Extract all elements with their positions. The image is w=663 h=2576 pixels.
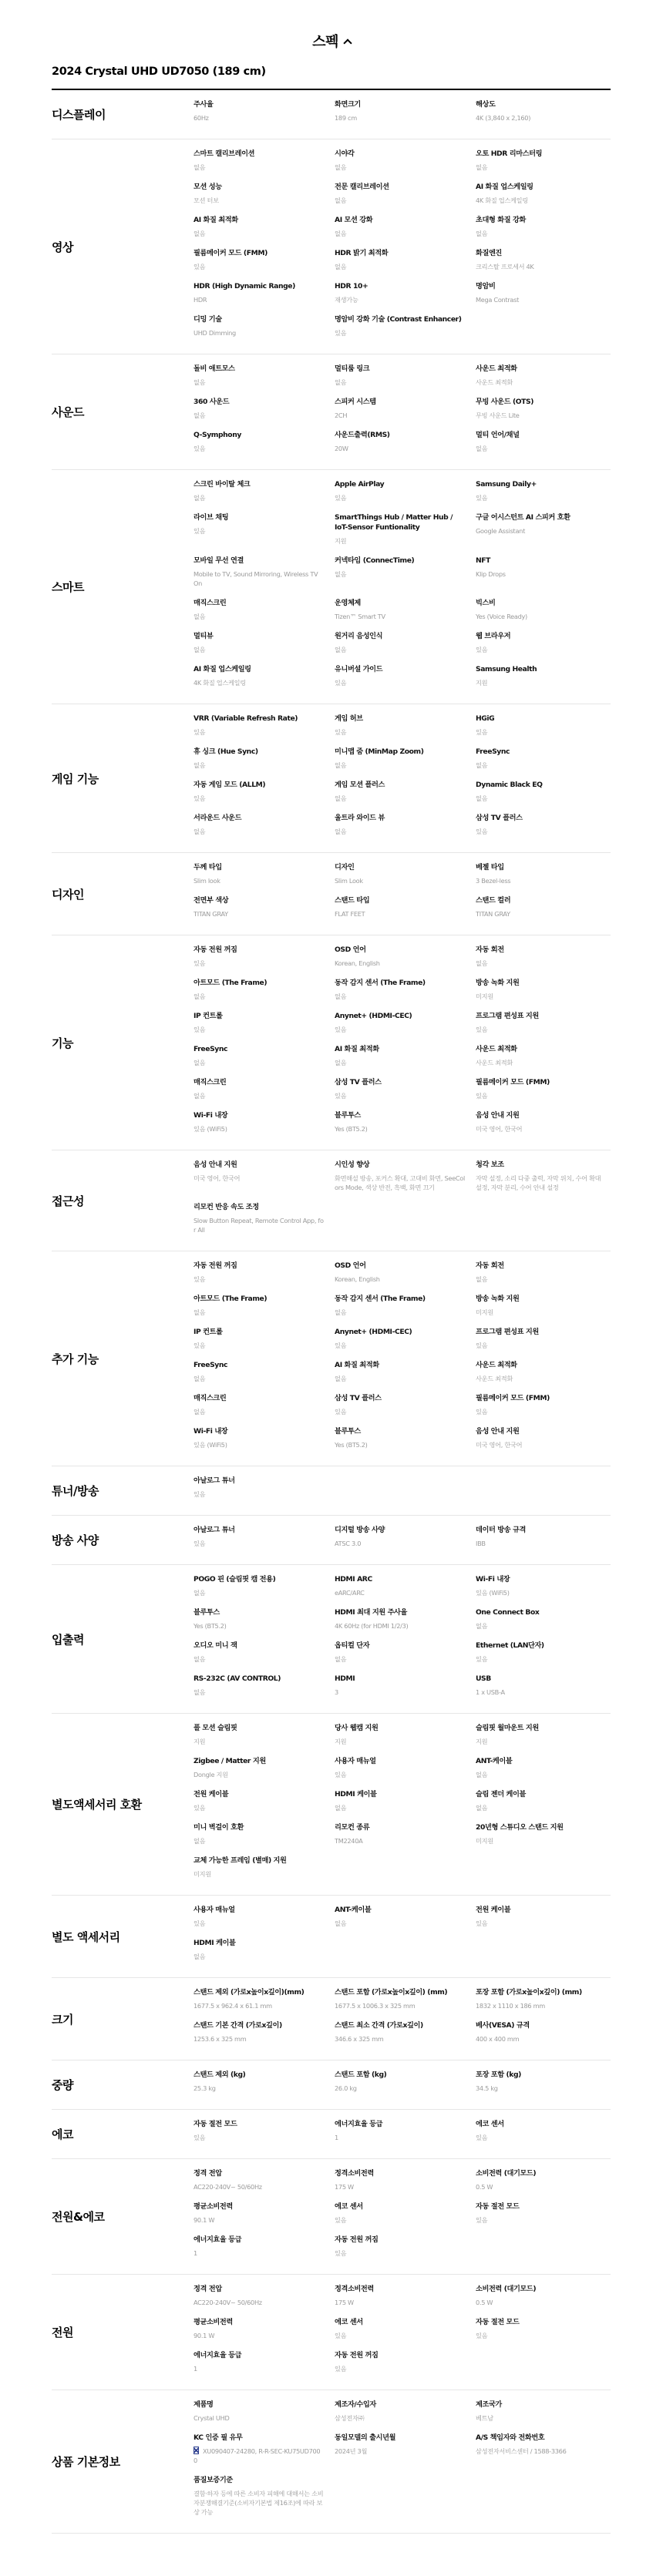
spec-label: 서라운드 사운드 [194,813,324,823]
spec-value: 26.0 kg [335,2084,465,2093]
spec-item: 매직스크린없음 [194,1392,335,1425]
spec-item: 스탠드 제외 (kg)25.3 kg [194,2068,335,2101]
spec-value: 없음 [194,1688,324,1697]
spec-item: 슬림핏 월마운트 지원지원 [476,1721,617,1755]
spec-label: 무빙 사운드 (OTS) [476,397,606,407]
spec-item: 삼성 TV 플러스있음 [476,811,617,845]
spec-label: 사운드 최적화 [476,364,606,374]
spec-item: 게임 모션 플러스없음 [335,778,476,811]
spec-label: HDR (High Dynamic Range) [194,281,324,291]
spec-item: A/S 책임자와 전화번호삼성전자서비스센터 / 1588-3366 [476,2431,617,2474]
spec-item: 무빙 사운드 (OTS)무빙 사운드 Lite [476,395,617,428]
spec-label: 방송 녹화 지원 [476,1294,606,1304]
spec-item: 풀 모션 슬림핏지원 [194,1721,335,1755]
spec-item: 삼성 TV 플러스있음 [335,1392,476,1425]
spec-item: 모바일 무선 연결Mobile to TV, Sound Mirroring, … [194,554,335,596]
spec-label: AI 화질 최적화 [194,215,324,225]
spec-label: 에코 센서 [476,2119,606,2129]
spec-item: 휴 싱크 (Hue Sync)없음 [194,745,335,778]
spec-item: 미니 벽걸이 호환없음 [194,1821,335,1854]
spec-section: 전원정격 전압AC220-240V~ 50/60Hz정격소비전력175 W소비전… [52,2275,611,2390]
spec-item: 전원 케이블있음 [476,1903,617,1936]
spec-item: 제품명Crystal UHD [194,2398,335,2431]
section-title: 중량 [52,2068,194,2101]
spec-label: KC 인증 필 유무 [194,2433,324,2443]
spec-label: 동작 감지 센서 (The Frame) [335,1294,465,1304]
spec-grid: 정격 전압AC220-240V~ 50/60Hz정격소비전력175 W소비전력 … [194,2282,617,2382]
spec-value: 없음 [194,411,324,420]
spec-label: Dynamic Black EQ [476,780,606,790]
spec-label: FreeSync [476,747,606,757]
spec-label: 명암비 [476,281,606,291]
spec-item: 리모컨 종류TM2240A [335,1821,476,1854]
spec-item: 리모컨 반응 속도 조정Slow Button Repeat, Remote C… [194,1201,335,1243]
section-title: 크기 [52,1986,194,2052]
spec-label: 자동 절전 모드 [194,2119,324,2129]
spec-label: 제조국가 [476,2400,606,2410]
spec-label: 오토 HDR 리마스터링 [476,149,606,159]
spec-item: 옵티컬 단자없음 [335,1639,476,1672]
spec-item: 제조국가베트남 [476,2398,617,2431]
spec-label: 게임 모션 플러스 [335,780,465,790]
spec-label: 미니맵 줌 (MinMap Zoom) [335,747,465,757]
spec-item: 시야각없음 [335,147,476,180]
spec-section: 별도액세서리 호환풀 모션 슬림핏지원당사 웹캠 지원지원슬림핏 월마운트 지원… [52,1714,611,1896]
spec-item: FreeSync없음 [194,1359,335,1392]
spec-label: 포장 포함 (kg) [476,2070,606,2080]
spec-item: 데이터 방송 규격IBB [476,1523,617,1557]
spec-grid: 자동 전원 꺼짐있음OSD 언어Korean, English자동 회전없음아트… [194,943,617,1142]
spec-label: 스탠드 기본 간격 (가로x깊이) [194,2020,324,2030]
spec-value: 베트남 [476,2413,606,2423]
spec-value: 자막 설정, 소리 다중 출력, 자막 위치, 수어 확대 설정, 자막 분리,… [476,1174,606,1192]
spec-item: 사운드 최적화사운드 최적화 [476,1359,617,1392]
spec-item: 필름메이커 모드 (FMM)있음 [476,1076,617,1109]
spec-value: 90.1 W [194,2215,324,2225]
spec-value: Korean, English [335,959,465,968]
spec-grid: 자동 전원 꺼짐있음OSD 언어Korean, English자동 회전없음아트… [194,1259,617,1458]
spec-label: 아날로그 튜너 [194,1525,324,1535]
spec-value: Yes (BT5.2) [194,1621,324,1631]
spec-value: 있음 [335,1770,465,1779]
spec-item: FreeSync없음 [476,745,617,778]
spec-label: HDMI 최대 지원 주사율 [335,1607,465,1617]
spec-label: 디밍 기술 [194,314,324,324]
spec-value: 없음 [194,378,324,387]
spec-label: 전문 캘리브레이션 [335,182,465,192]
spec-item: 교체 가능한 프레임 (별매) 지원미지원 [194,1854,335,1887]
spec-value: 미국 영어, 한국어 [476,1440,606,1449]
spec-label: 디지털 방송 사양 [335,1525,465,1535]
spec-value: Korean, English [335,1275,465,1284]
spec-label: 전원 케이블 [194,1789,324,1799]
spec-item: 에너지효율 등급1 [194,2233,335,2266]
spec-label: 자동 전원 꺼짐 [335,2350,465,2360]
spec-item: 전문 캘리브레이션없음 [335,180,476,213]
spec-value: 175 W [335,2182,465,2191]
spec-grid: 사용자 매뉴얼있음ANT-케이블없음전원 케이블있음HDMI 케이블없음 [194,1903,617,1970]
spec-item: 스탠드 포함 (kg)26.0 kg [335,2068,476,2101]
spec-item: 품질보증기준결함·하자 등에 따른 소비자 피해에 대해서는 소비자분쟁해결기준… [194,2474,335,2525]
spec-label: HDR 밝기 최적화 [335,248,465,258]
section-title: 전원 [52,2282,194,2382]
spec-item: 블루투스Yes (BT5.2) [194,1606,335,1639]
spec-grid: POGO 핀 (슬림핏 캠 전용)없음HDMI ARCeARC/ARCWi-Fi… [194,1573,617,1705]
spec-label: 정격 전압 [194,2284,324,2294]
spec-value: 없음 [335,1058,465,1067]
spec-label: 전원 케이블 [476,1905,606,1915]
spec-grid: 주사율60Hz화면크기189 cm해상도4K (3,840 x 2,160) [194,98,617,131]
spec-grid: 자동 절전 모드있음에너지효율 등급1에코 센서있음 [194,2118,617,2151]
spec-value: 있음 [194,959,324,968]
spec-label: 슬림핏 월마운트 지원 [476,1723,606,1733]
spec-label: AI 화질 업스케일링 [476,182,606,192]
spec-value: 1677.5 x 1006.3 x 325 mm [335,2001,465,2010]
spec-label: 멀티룸 링크 [335,364,465,374]
spec-label: 20년형 스튜디오 스탠드 지원 [476,1822,606,1832]
spec-item: 사운드 최적화사운드 최적화 [476,1043,617,1076]
spec-label: 게임 허브 [335,714,465,724]
spec-item: 베젤 타입3 Bezel-less [476,861,617,894]
spec-value: 있음 [476,727,606,737]
spec-value: 1 [194,2249,324,2258]
spec-value: 없음 [194,761,324,770]
spec-value: 없음 [335,1654,465,1664]
spec-container: 2024 Crystal UHD UD7050 (189 cm) 디스플레이주사… [52,60,611,2576]
spec-label: Apple AirPlay [335,479,465,489]
spec-item: 돌비 애트모스없음 [194,362,335,395]
spec-grid: 스마트 캘리브레이션없음시야각없음오토 HDR 리마스터링없음모션 성능모션 터… [194,147,617,346]
spec-label: 필름메이커 모드 (FMM) [476,1077,606,1087]
spec-item: 블루투스Yes (BT5.2) [335,1425,476,1458]
spec-item: OSD 언어Korean, English [335,1259,476,1292]
spec-item: 모션 성능모션 터보 [194,180,335,213]
spec-label: 울트라 와이드 뷰 [335,813,465,823]
spec-item: 방송 녹화 지원미지원 [476,976,617,1009]
spec-item: 당사 웹캠 지원지원 [335,1721,476,1755]
spec-label: 모션 성능 [194,182,324,192]
spec-value: 있음 [194,1275,324,1284]
spec-item: 해상도4K (3,840 x 2,160) [476,98,617,131]
spec-section: 기능자동 전원 꺼짐있음OSD 언어Korean, English자동 회전없음… [52,935,611,1150]
section-title: 상품 기본정보 [52,2398,194,2525]
spec-value: 없음 [335,645,465,654]
spec-label: 운영체제 [335,598,465,608]
spec-label: HDMI 케이블 [194,1938,324,1948]
spec-item: 에코 센서있음 [335,2200,476,2233]
spec-label: 자동 전원 꺼짐 [335,2235,465,2245]
spec-item: 에너지효율 등급1 [194,2349,335,2382]
spec-item: AI 화질 최적화없음 [194,213,335,247]
spec-item: VRR (Variable Refresh Rate)있음 [194,712,335,745]
spec-item: 게임 허브있음 [335,712,476,745]
spec-value: 사운드 최적화 [476,378,606,387]
spec-label: AI 화질 최적화 [335,1360,465,1370]
spec-label: 필름메이커 모드 (FMM) [194,248,324,258]
spec-value: 있음 [335,1341,465,1350]
spec-item: HGiG있음 [476,712,617,745]
spec-item: 음성 안내 지원미국 영어, 한국어 [476,1109,617,1142]
bottom-spacer [52,2534,611,2576]
spec-value: 있음 [194,1341,324,1350]
spec-label: 유니버설 가이드 [335,664,465,674]
spec-value: 없음 [194,1407,324,1416]
spec-label: 모바일 무선 연결 [194,556,324,566]
spec-item: 아날로그 튜너있음 [194,1474,335,1507]
spec-label: FreeSync [194,1044,324,1054]
spec-value: 있음 [335,328,465,338]
spec-label: 아날로그 튜너 [194,1476,324,1486]
spec-value: 없음 [476,1275,606,1284]
spec-label: 스탠드 제외 (kg) [194,2070,324,2080]
spec-item: HDMI 최대 지원 주사율4K 60Hz (for HDMI 1/2/3) [335,1606,476,1639]
spec-label: 초대형 화질 강화 [476,215,606,225]
spec-grid: 스탠드 제외 (kg)25.3 kg스탠드 포함 (kg)26.0 kg포장 포… [194,2068,617,2101]
spec-item: 사용자 매뉴얼있음 [194,1903,335,1936]
spec-value: 있음 [194,1025,324,1034]
spec-label: IP 컨트롤 [194,1011,324,1021]
spec-value: HDR [194,295,324,304]
page-title: 스펙 [312,31,338,51]
spec-item: 운영체제Tizen™ Smart TV [335,596,476,630]
spec-item: 평균소비전력90.1 W [194,2316,335,2349]
spec-value: 미지원 [476,992,606,1001]
spec-item: 정격소비전력175 W [335,2167,476,2200]
spec-value: 2024년 3월 [335,2447,465,2456]
spec-grid: 돌비 애트모스없음멀티룸 링크없음사운드 최적화사운드 최적화360 사운드없음… [194,362,617,462]
section-title: 방송 사양 [52,1523,194,1557]
spec-value: 있음 [194,1803,324,1812]
spec-label: ANT-케이블 [335,1905,465,1915]
spec-value: 없음 [335,262,465,271]
spec-label: 방송 녹화 지원 [476,978,606,988]
spec-label: ANT-케이블 [476,1756,606,1766]
spec-label: 스탠드 포함 (가로x높이x깊이) (mm) [335,1987,465,1997]
spec-label: 동일모델의 출시년월 [335,2433,465,2443]
spec-value: 미지원 [476,1308,606,1317]
spec-value: 있음 [194,526,324,536]
spec-value: Tizen™ Smart TV [335,612,465,621]
spec-label: 스마트 캘리브레이션 [194,149,324,159]
spec-label: 평균소비전력 [194,2202,324,2212]
spec-value: 지원 [335,1737,465,1746]
spec-label: Anynet+ (HDMI-CEC) [335,1327,465,1337]
spec-value: 없음 [476,761,606,770]
spec-value: 0.5 W [476,2182,606,2191]
spec-section: 디스플레이주사율60Hz화면크기189 cm해상도4K (3,840 x 2,1… [52,90,611,139]
spec-item: 사운드출력(RMS)20W [335,428,476,462]
spec-value: 결함·하자 등에 따른 소비자 피해에 대해서는 소비자분쟁해결기준(소비자기본… [194,2489,324,2517]
spec-item: 시인성 향상화면해설 방송, 포커스 확대, 고대비 화면, SeeColors… [335,1158,476,1201]
spec-item: 슬림 젠더 케이블없음 [476,1788,617,1821]
spec-value: 1 x USB-A [476,1688,606,1697]
spec-label: 정격 전압 [194,2168,324,2178]
spec-section: 전원&에코정격 전압AC220-240V~ 50/60Hz정격소비전력175 W… [52,2159,611,2275]
spec-label: 리모컨 종류 [335,1822,465,1832]
spec-value: 있음 [194,444,324,453]
spec-item: 자동 전원 꺼짐있음 [335,2233,476,2266]
spec-value: 있음 [476,1091,606,1100]
spec-item: AI 모션 강화없음 [335,213,476,247]
spec-section: 입출력POGO 핀 (슬림핏 캠 전용)없음HDMI ARCeARC/ARCWi… [52,1565,611,1714]
spec-value: 있음 [476,827,606,836]
spec-value: Google Assistant [476,526,606,536]
spec-value: eARC/ARC [335,1588,465,1597]
spec-value: 있음 [335,1025,465,1034]
spec-value: 있음 [335,2249,465,2258]
spec-value: 400 x 400 mm [476,2034,606,2044]
spec-label: 스탠드 컬러 [476,895,606,905]
spec-value: TM2240A [335,1836,465,1846]
spec-label: 제조자/수입자 [335,2400,465,2410]
spec-label: 구글 어시스턴트 AI 스피커 호환 [476,512,606,522]
spec-value: 지원 [476,1737,606,1746]
spec-value: 크리스탈 프로세서 4K [476,262,606,271]
spec-value: 있음 [476,1407,606,1416]
chevron-up-icon [343,39,352,47]
spec-item: USB1 x USB-A [476,1672,617,1705]
spec-value: 있음 [476,2331,606,2340]
spec-label: 사용자 매뉴얼 [194,1905,324,1915]
spec-label: 주사율 [194,99,324,109]
spec-label: HDMI [335,1674,465,1684]
spec-item: 자동 회전없음 [476,943,617,976]
section-title: 별도액세서리 호환 [52,1721,194,1887]
spec-item: 매직스크린없음 [194,596,335,630]
spec-value: 무빙 사운드 Lite [476,411,606,420]
spec-value: 없음 [194,163,324,172]
spec-value: 없음 [194,1654,324,1664]
spec-value: 있음 [194,1919,324,1928]
spec-item: 원거리 음성인식없음 [335,630,476,663]
spec-label: 리모컨 반응 속도 조정 [194,1202,324,1212]
spec-value: 4K 화질 업스케일링 [194,678,324,687]
spec-value: 재생가능 [335,295,465,304]
spec-section: 별도 액세서리사용자 매뉴얼있음ANT-케이블없음전원 케이블있음HDMI 케이… [52,1896,611,1978]
spec-section: 중량스탠드 제외 (kg)25.3 kg스탠드 포함 (kg)26.0 kg포장… [52,2060,611,2110]
spec-value: 34.5 kg [476,2084,606,2093]
spec-item: 자동 회전없음 [476,1259,617,1292]
spec-label: AI 화질 업스케일링 [194,664,324,674]
spec-section: 에코자동 절전 모드있음에너지효율 등급1에코 센서있음 [52,2110,611,2159]
spec-value: 있음 [476,1654,606,1664]
spec-label: 스탠드 제외 (가로x높이x깊이)(mm) [194,1987,324,1997]
spec-label: 시인성 향상 [335,1160,465,1170]
spec-value: 없음 [194,1588,324,1597]
spec-value: 있음 [476,493,606,502]
spec-label: Wi-Fi 내장 [194,1426,324,1436]
spec-item: 제조자/수입자삼성전자㈜ [335,2398,476,2431]
spec-value: 3 [335,1688,465,1697]
spec-item: 매직스크린없음 [194,1076,335,1109]
spec-item: Zigbee / Matter 지원Dongle 지원 [194,1755,335,1788]
section-title: 전원&에코 [52,2167,194,2266]
spec-item: 전원 케이블있음 [194,1788,335,1821]
spec-item: 오디오 미니 잭없음 [194,1639,335,1672]
spec-label: 제품명 [194,2400,324,2410]
spec-value: 175 W [335,2298,465,2307]
spec-value: 있음 [194,2133,324,2142]
spec-label: 에코 센서 [335,2317,465,2327]
spec-label: OSD 언어 [335,945,465,955]
spec-value: 없음 [476,444,606,453]
spec-toggle-button[interactable]: 스펙 [312,31,351,51]
spec-value: 있음 [335,727,465,737]
spec-value: 있음 (WiFi5) [194,1440,324,1449]
spec-value: 없음 [194,1952,324,1961]
spec-label: 원거리 음성인식 [335,631,465,641]
spec-value: 3 Bezel-less [476,876,606,885]
spec-grid: 두께 타입Slim look디자인Slim Look베젤 타입3 Bezel-l… [194,861,617,927]
spec-value: 없음 [194,992,324,1001]
spec-label: 매직스크린 [194,1077,324,1087]
spec-value: 모션 터보 [194,196,324,205]
spec-label: Wi-Fi 내장 [194,1110,324,1120]
spec-item: Samsung Health지원 [476,663,617,696]
spec-item: 스탠드 기본 간격 (가로x깊이)1253.6 x 325 mm [194,2019,335,2052]
spec-item: HDR (High Dynamic Range)HDR [194,280,335,313]
spec-value: Slim Look [335,876,465,885]
spec-value: 있음 [194,262,324,271]
spec-item: 초대형 화질 강화없음 [476,213,617,247]
spec-label: 평균소비전력 [194,2317,324,2327]
spec-label: 음성 안내 지원 [194,1160,324,1170]
spec-item: NFTKlip Drops [476,554,617,596]
section-title: 별도 액세서리 [52,1903,194,1970]
spec-value: 지원 [335,536,465,546]
spec-item: 오토 HDR 리마스터링없음 [476,147,617,180]
spec-label: AI 화질 최적화 [335,1044,465,1054]
spec-item: HDR 밝기 최적화없음 [335,247,476,280]
spec-item: 빅스비Yes (Voice Ready) [476,596,617,630]
spec-label: 삼성 TV 플러스 [476,813,606,823]
spec-value: 있음 (WiFi5) [194,1124,324,1134]
spec-value: 0.5 W [476,2298,606,2307]
spec-value: 4K 60Hz (for HDMI 1/2/3) [335,1621,465,1631]
spec-section: 상품 기본정보제품명Crystal UHD제조자/수입자삼성전자㈜제조국가베트남… [52,2390,611,2534]
spec-item: 소비전력 (대기모드)0.5 W [476,2282,617,2316]
spec-value: 1 [335,2133,465,2142]
spec-value: 미국 영어, 한국어 [194,1174,324,1183]
spec-item: 커넥타임 (ConnecTime)없음 [335,554,476,596]
spec-value: ATSC 3.0 [335,1539,465,1548]
spec-item: 스마트 캘리브레이션없음 [194,147,335,180]
spec-item: HDMI 케이블없음 [335,1788,476,1821]
section-title: 입출력 [52,1573,194,1705]
spec-label: 사운드 최적화 [476,1360,606,1370]
spec-sections: 디스플레이주사율60Hz화면크기189 cm해상도4K (3,840 x 2,1… [52,90,611,2534]
spec-item: 자동 게임 모드 (ALLM)있음 [194,778,335,811]
spec-item: HDMI 케이블없음 [194,1936,335,1970]
spec-item: 자동 전원 꺼짐있음 [194,1259,335,1292]
spec-grid: VRR (Variable Refresh Rate)있음게임 허브있음HGiG… [194,712,617,845]
spec-item: IP 컨트롤있음 [194,1009,335,1043]
spec-label: 화면크기 [335,99,465,109]
spec-item: 미니맵 줌 (MinMap Zoom)없음 [335,745,476,778]
spec-item: 베사(VESA) 규격400 x 400 mm [476,2019,617,2052]
spec-section: 튜너/방송아날로그 튜너있음 [52,1466,611,1516]
spec-item: HDMI3 [335,1672,476,1705]
spec-value: 없음 [335,761,465,770]
spec-item: KC 인증 필 유무XU090407-24280, R-R-SEC-KU75UD… [194,2431,335,2474]
spec-label: HDMI 케이블 [335,1789,465,1799]
spec-item: 화질엔진크리스탈 프로세서 4K [476,247,617,280]
spec-value: 없음 [194,1374,324,1383]
spec-item: 디자인Slim Look [335,861,476,894]
spec-value: 있음 [476,2215,606,2225]
spec-item: 디지털 방송 사양ATSC 3.0 [335,1523,476,1557]
spec-value: 없음 [335,794,465,803]
